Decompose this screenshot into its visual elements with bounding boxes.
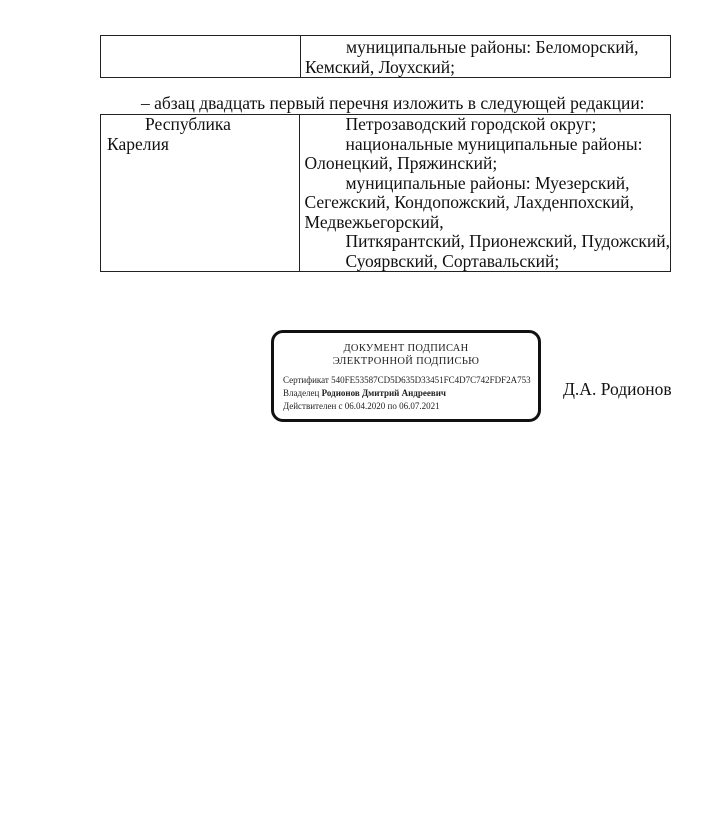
- region-name-line: Республика: [107, 115, 299, 135]
- districts-line: Кемский, Лоухский;: [305, 58, 670, 78]
- region-cell: [101, 36, 301, 78]
- certificate-label: Сертификат: [283, 375, 329, 385]
- valid-label: Действителен: [283, 401, 336, 411]
- districts-line: Медвежьегорский,: [304, 213, 670, 233]
- owner-row: Владелец Родионов Дмитрий Андреевич: [283, 387, 538, 400]
- valid-from-label: с: [339, 401, 343, 411]
- districts-line: Питкярантский, Прионежский, Пудожский,: [304, 232, 670, 252]
- owner-label: Владелец: [283, 388, 319, 398]
- region-name-line: Карелия: [107, 135, 299, 155]
- districts-line: национальные муниципальные районы:: [304, 135, 670, 155]
- signatory-name: Д.А. Родионов: [563, 379, 672, 399]
- districts-line: Олонецкий, Пряжинский;: [304, 154, 670, 174]
- stamp-title-line: ДОКУМЕНТ ПОДПИСАН: [274, 342, 538, 355]
- document-page: муниципальные районы: Беломорский, Кемск…: [0, 0, 701, 828]
- districts-cell: Петрозаводский городской округ; национал…: [300, 115, 671, 272]
- electronic-signature-stamp: ДОКУМЕНТ ПОДПИСАН ЭЛЕКТРОННОЙ ПОДПИСЬЮ С…: [271, 330, 541, 422]
- districts-line: муниципальные районы: Муезерский,: [304, 174, 670, 194]
- districts-table-karelia: Республика Карелия Петрозаводский городс…: [100, 114, 671, 272]
- stamp-title: ДОКУМЕНТ ПОДПИСАН ЭЛЕКТРОННОЙ ПОДПИСЬЮ: [274, 342, 538, 368]
- certificate-row: Сертификат 540FE53587CD5D635D33451FC4D7C…: [283, 374, 538, 387]
- amendment-instruction: – абзац двадцать первый перечня изложить…: [141, 93, 645, 113]
- districts-table-previous: муниципальные районы: Беломорский, Кемск…: [100, 35, 671, 78]
- region-cell: Республика Карелия: [101, 115, 300, 272]
- districts-line: Сегежский, Кондопожский, Лахденпохский,: [304, 193, 670, 213]
- districts-line: муниципальные районы: Беломорский,: [305, 38, 670, 58]
- districts-line: Суоярвский, Сортавальский;: [304, 252, 670, 272]
- table-row: Республика Карелия Петрозаводский городс…: [101, 115, 671, 272]
- valid-to-date: 06.07.2021: [399, 401, 440, 411]
- districts-cell: муниципальные районы: Беломорский, Кемск…: [301, 36, 671, 78]
- owner-value: Родионов Дмитрий Андреевич: [322, 388, 446, 398]
- valid-from-date: 06.04.2020: [345, 401, 386, 411]
- districts-line: Петрозаводский городской округ;: [304, 115, 670, 135]
- table-row: муниципальные районы: Беломорский, Кемск…: [101, 36, 671, 78]
- stamp-details: Сертификат 540FE53587CD5D635D33451FC4D7C…: [283, 374, 538, 413]
- stamp-title-line: ЭЛЕКТРОННОЙ ПОДПИСЬЮ: [274, 355, 538, 368]
- validity-row: Действителен с 06.04.2020 по 06.07.2021: [283, 400, 538, 413]
- valid-to-label: по: [388, 401, 397, 411]
- certificate-value: 540FE53587CD5D635D33451FC4D7C742FDF2A753: [331, 375, 531, 385]
